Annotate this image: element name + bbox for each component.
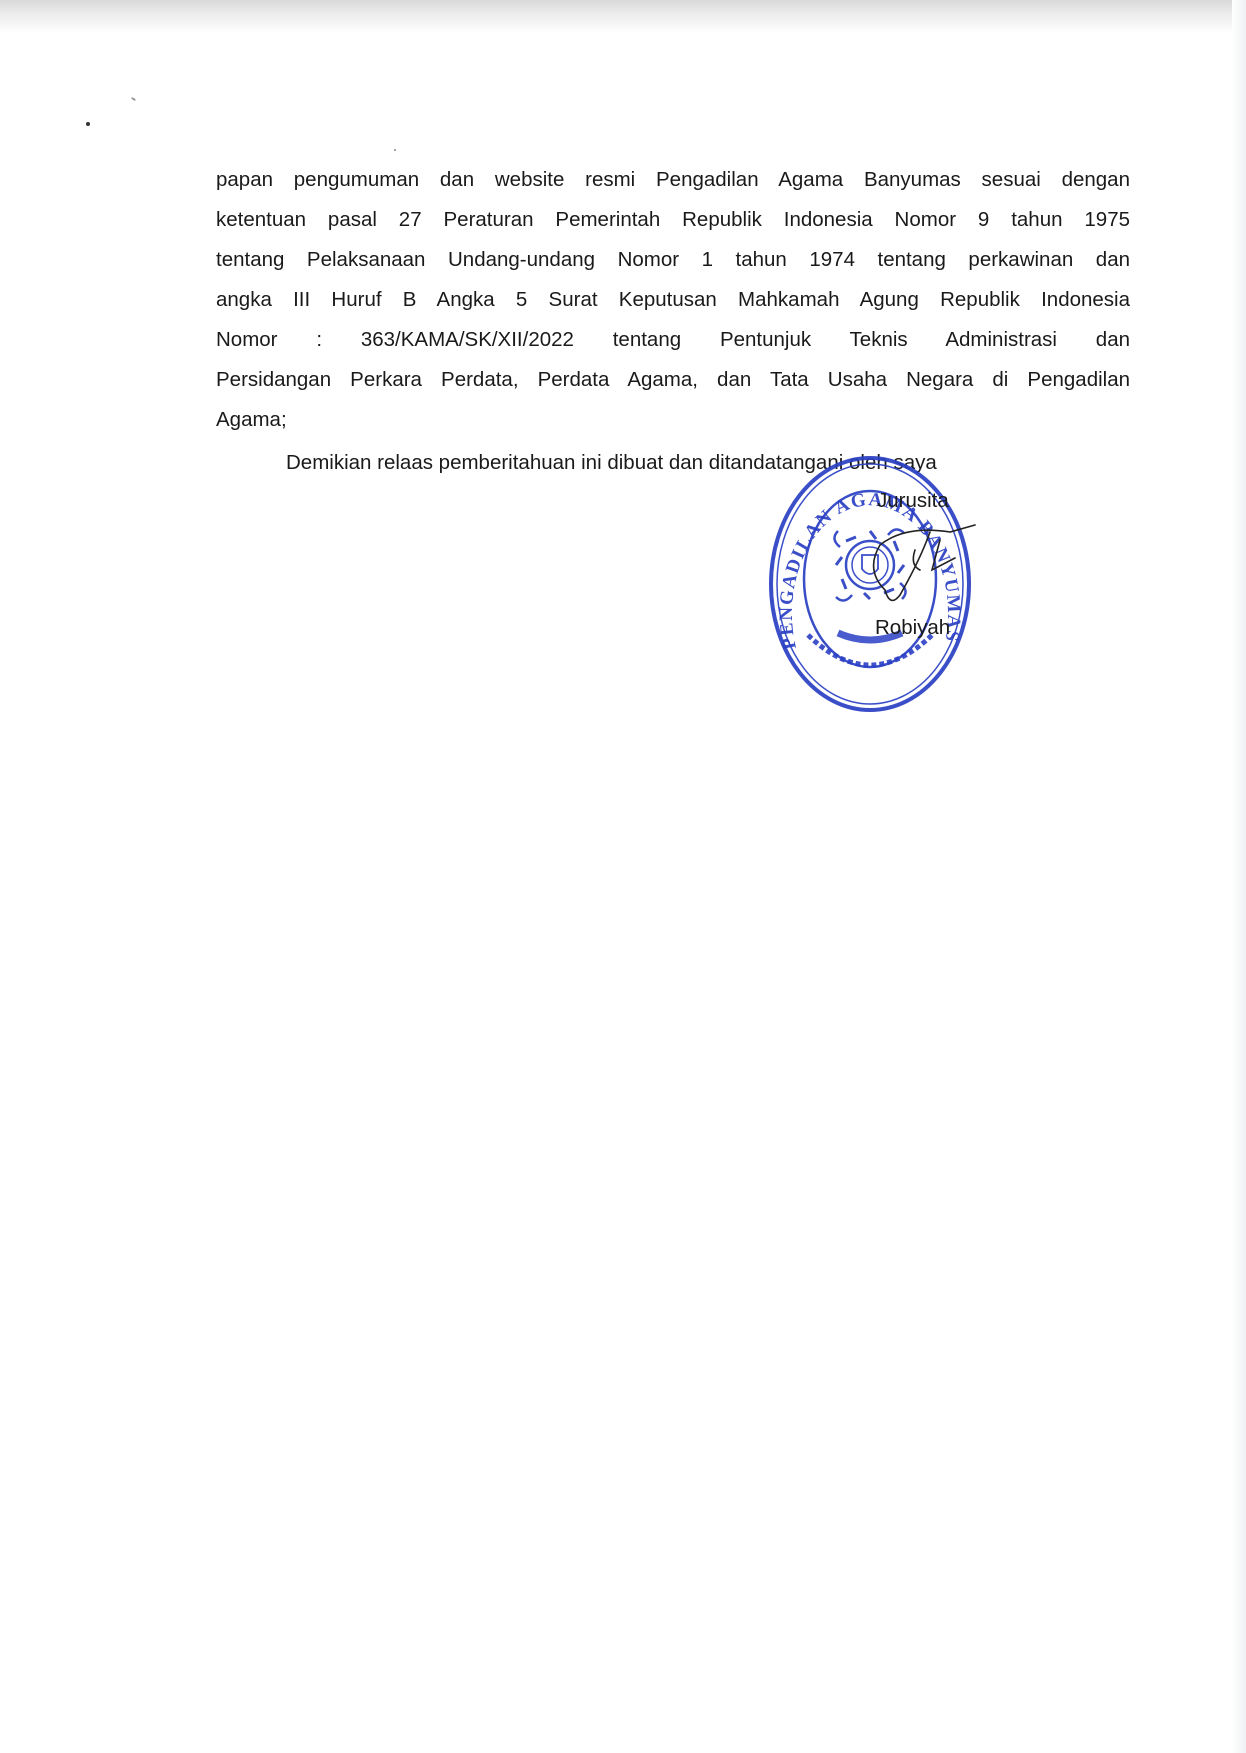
- paragraph-line: Agama;: [216, 400, 1130, 440]
- scan-speck: [394, 149, 396, 151]
- signature: [860, 520, 980, 610]
- paragraph-line: ketentuan pasal 27 Peraturan Pemerintah …: [216, 200, 1130, 240]
- paragraph-line: tentang Pelaksanaan Undang-undang Nomor …: [216, 240, 1130, 280]
- body-paragraph: papan pengumuman dan website resmi Penga…: [216, 160, 1130, 440]
- paragraph-line: papan pengumuman dan website resmi Penga…: [216, 160, 1130, 200]
- scan-speck: [86, 122, 90, 126]
- paragraph-line: Nomor : 363/KAMA/SK/XII/2022 tentang Pen…: [216, 320, 1130, 360]
- paragraph-line: angka III Huruf B Angka 5 Surat Keputusa…: [216, 280, 1130, 320]
- scan-edge-right: [1232, 0, 1246, 1753]
- signatory-role: Jurusita: [877, 486, 949, 516]
- signatory-name: Robiyah: [875, 613, 950, 643]
- paragraph-line: Persidangan Perkara Perdata, Perdata Aga…: [216, 360, 1130, 400]
- scan-edge-top: [0, 0, 1246, 34]
- scan-speck: [131, 97, 136, 102]
